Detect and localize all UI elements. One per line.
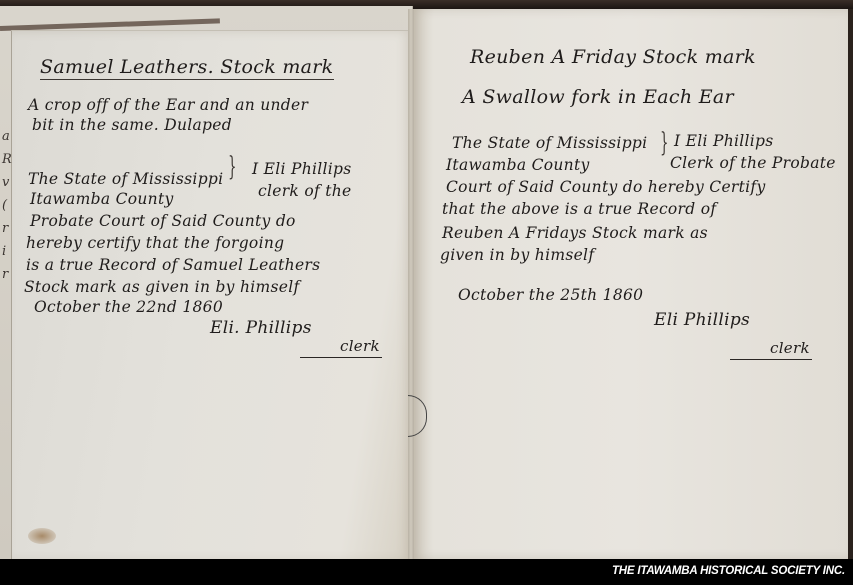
book-gutter bbox=[408, 9, 414, 559]
left-heading-text: Samuel Leathers. Stock mark bbox=[40, 56, 334, 80]
right-heading: Reuben A Friday Stock mark bbox=[470, 46, 756, 68]
margin-mark: v bbox=[2, 171, 14, 194]
margin-mark: r bbox=[2, 217, 14, 240]
left-cert-county: Itawamba County bbox=[30, 188, 174, 211]
left-cert-clerk-of: clerk of the bbox=[258, 180, 352, 203]
left-margin-marks: a R v ( r i r bbox=[2, 125, 14, 286]
right-clerk-title-text: clerk bbox=[730, 339, 812, 360]
left-cert-body-2: hereby certify that the forgoing bbox=[26, 232, 284, 255]
right-cert-clerk-of: Clerk of the Probate bbox=[670, 152, 836, 175]
left-cert-date: October the 22nd 1860 bbox=[34, 296, 223, 319]
left-clerk-title: clerk bbox=[300, 336, 382, 355]
right-signature: Eli Phillips bbox=[654, 310, 750, 330]
left-mark-line-2: bit in the same. Dulaped bbox=[32, 114, 232, 137]
right-clerk-title: clerk bbox=[730, 338, 812, 357]
left-cert-body-3: is a true Record of Samuel Leathers bbox=[26, 254, 320, 277]
bracket-icon: } bbox=[228, 152, 236, 182]
right-cert-state: The State of Mississippi bbox=[452, 132, 647, 155]
credit-watermark: THE ITAWAMBA HISTORICAL SOCIETY INC. bbox=[612, 565, 845, 577]
margin-mark: i bbox=[2, 240, 14, 263]
right-cert-body-3: Reuben A Fridays Stock mark as bbox=[442, 222, 708, 245]
bracket-icon: } bbox=[660, 128, 668, 158]
right-cert-county: Itawamba County bbox=[446, 154, 590, 177]
right-cert-clerk-name: I Eli Phillips bbox=[674, 130, 774, 153]
margin-mark: r bbox=[2, 263, 14, 286]
left-cert-body-1: Probate Court of Said County do bbox=[30, 210, 296, 233]
left-heading: Samuel Leathers. Stock mark bbox=[40, 56, 334, 78]
left-signature: Eli. Phillips bbox=[210, 318, 312, 338]
right-mark-description: A Swallow fork in Each Ear bbox=[462, 86, 734, 108]
margin-mark: ( bbox=[2, 194, 14, 217]
left-cert-clerk-name: I Eli Phillips bbox=[252, 158, 352, 181]
right-cert-body-1: Court of Said County do hereby Certify bbox=[446, 176, 766, 199]
book-right-edge bbox=[848, 9, 853, 559]
margin-mark: R bbox=[2, 148, 14, 171]
left-clerk-title-text: clerk bbox=[300, 337, 382, 358]
paper-stain bbox=[28, 528, 56, 544]
right-cert-date: October the 25th 1860 bbox=[458, 284, 643, 307]
margin-mark: a bbox=[2, 125, 14, 148]
right-cert-body-2: that the above is a true Record of bbox=[442, 198, 716, 221]
right-cert-body-4: given in by himself bbox=[440, 244, 594, 267]
ledger-photo: a R v ( r i r Samuel Leathers. Stock mar… bbox=[0, 0, 853, 585]
